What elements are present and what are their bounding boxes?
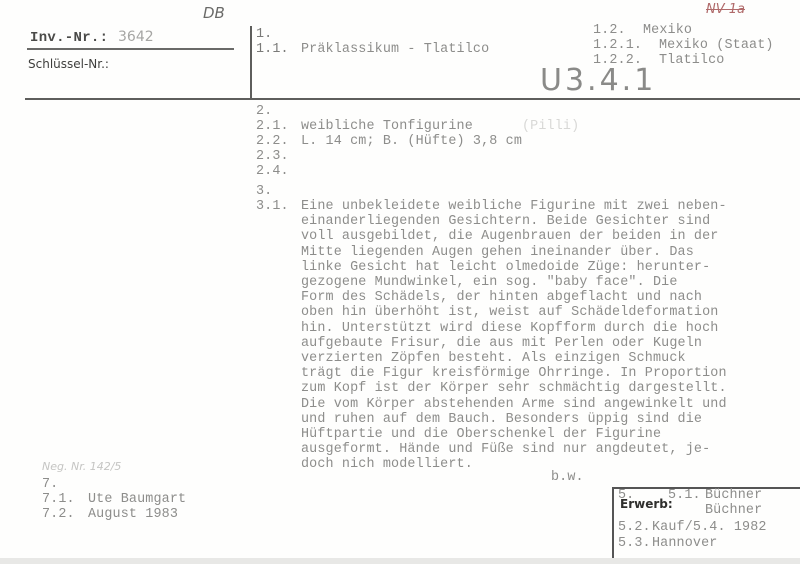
description-line: oben hin überhöht ist, weist auf Schädel… [301,305,727,320]
description-line: doch nich modelliert. [301,457,727,472]
acquisition-method: Kauf/5.4. 1982 [652,520,767,535]
smudged-note: (Pilli) [522,119,579,134]
country-value: Mexiko [643,23,692,38]
s1-2-num: 1.2. [593,23,626,38]
s1-num: 1. [256,27,272,42]
s1-2-1-num: 1.2.1. [593,38,642,53]
description-line: voll ausgebildet, die Augenbrauen der be… [301,229,727,244]
description-line: hin. Unterstützt wird diese Kopfform dur… [301,321,727,336]
acquisition-label: Erwerb: [620,497,673,511]
s7-1-num: 7.1. [42,492,75,507]
author-value: Ute Baumgart [88,492,186,507]
s2-3-num: 2.3. [256,149,289,164]
s1-1-num: 1.1. [256,42,289,57]
description-line: aufgebaute Frisur, die aus mit Perlen od… [301,336,727,351]
description-line: und ruhen auf dem Bauch. Besonders üppig… [301,412,727,427]
s5-1-num: 5.1. [668,488,701,503]
epoch-value: Präklassikum - Tlatilco [301,42,489,57]
description-line: Die vom Körper abstehenden Arme sind ang… [301,397,727,412]
date-value: August 1983 [88,507,178,522]
description-line: zum Kopf ist der Körper sehr schmächtig … [301,381,727,396]
s2-num: 2. [256,104,272,119]
seller-value: Büchner [705,488,762,503]
acquisition-place: Hannover [652,536,718,551]
initials-annotation: DB [203,4,225,22]
description-line: Form des Schädels, der hinten abgeflacht… [301,290,727,305]
s2-4-num: 2.4. [256,164,289,179]
description-line: einanderliegenden Gesichtern. Beide Gesi… [301,214,727,229]
negative-number-note: Neg. Nr. 142/5 [42,460,121,473]
header-divider [250,26,252,99]
description-line: Hüftpartie und die Oberschenkel der Figu… [301,427,727,442]
s7-num: 7. [42,477,58,492]
description-line: Eine unbekleidete weibliche Figurine mit… [301,199,727,214]
card-bottom-edge [0,558,800,564]
description-line: ausgeformt. Hände und Füße sind nur angd… [301,442,727,457]
site-value: Tlatilco [659,53,725,68]
description-line: linke Gesicht hat leicht olmedoide Züge:… [301,260,727,275]
inv-underline [27,48,234,50]
description-text: Eine unbekleidete weibliche Figurine mit… [301,199,727,473]
object-type: weibliche Tonfigurine [301,119,473,134]
classification-annotation: U3.4.1 [540,66,656,96]
key-label: Schlüssel-Nr.: [28,57,109,71]
header-rule [25,98,800,100]
s5-2-num: 5.2. [618,520,651,535]
inv-label: Inv.-Nr.: [30,30,108,46]
bw-note: b.w. [551,470,584,485]
dimensions: L. 14 cm; B. (Hüfte) 3,8 cm [301,134,522,149]
s7-2-num: 7.2. [42,507,75,522]
s2-2-num: 2.2. [256,134,289,149]
state-value: Mexiko (Staat) [659,38,774,53]
description-line: verzierten Zöpfen besteht. Als einzigen … [301,351,727,366]
s2-1-num: 2.1. [256,119,289,134]
seller-value-2: Büchner [705,503,762,518]
s3-1-num: 3.1. [256,199,289,214]
inventory-card: DB Inv.-Nr.: 3642 Schlüssel-Nr.: NV 1a 1… [0,0,800,564]
description-line: trägt die Figur kreisförmige Ohrringe. I… [301,366,727,381]
inv-value: 3642 [118,29,154,45]
s5-3-num: 5.3. [618,536,651,551]
description-line: gezogene Mundwinkel, ein sog. "baby face… [301,275,727,290]
s3-num: 3. [256,184,272,199]
corner-annotation: NV 1a [706,2,745,17]
description-line: Mitte liegenden Augen gehen ineinander ü… [301,245,727,260]
